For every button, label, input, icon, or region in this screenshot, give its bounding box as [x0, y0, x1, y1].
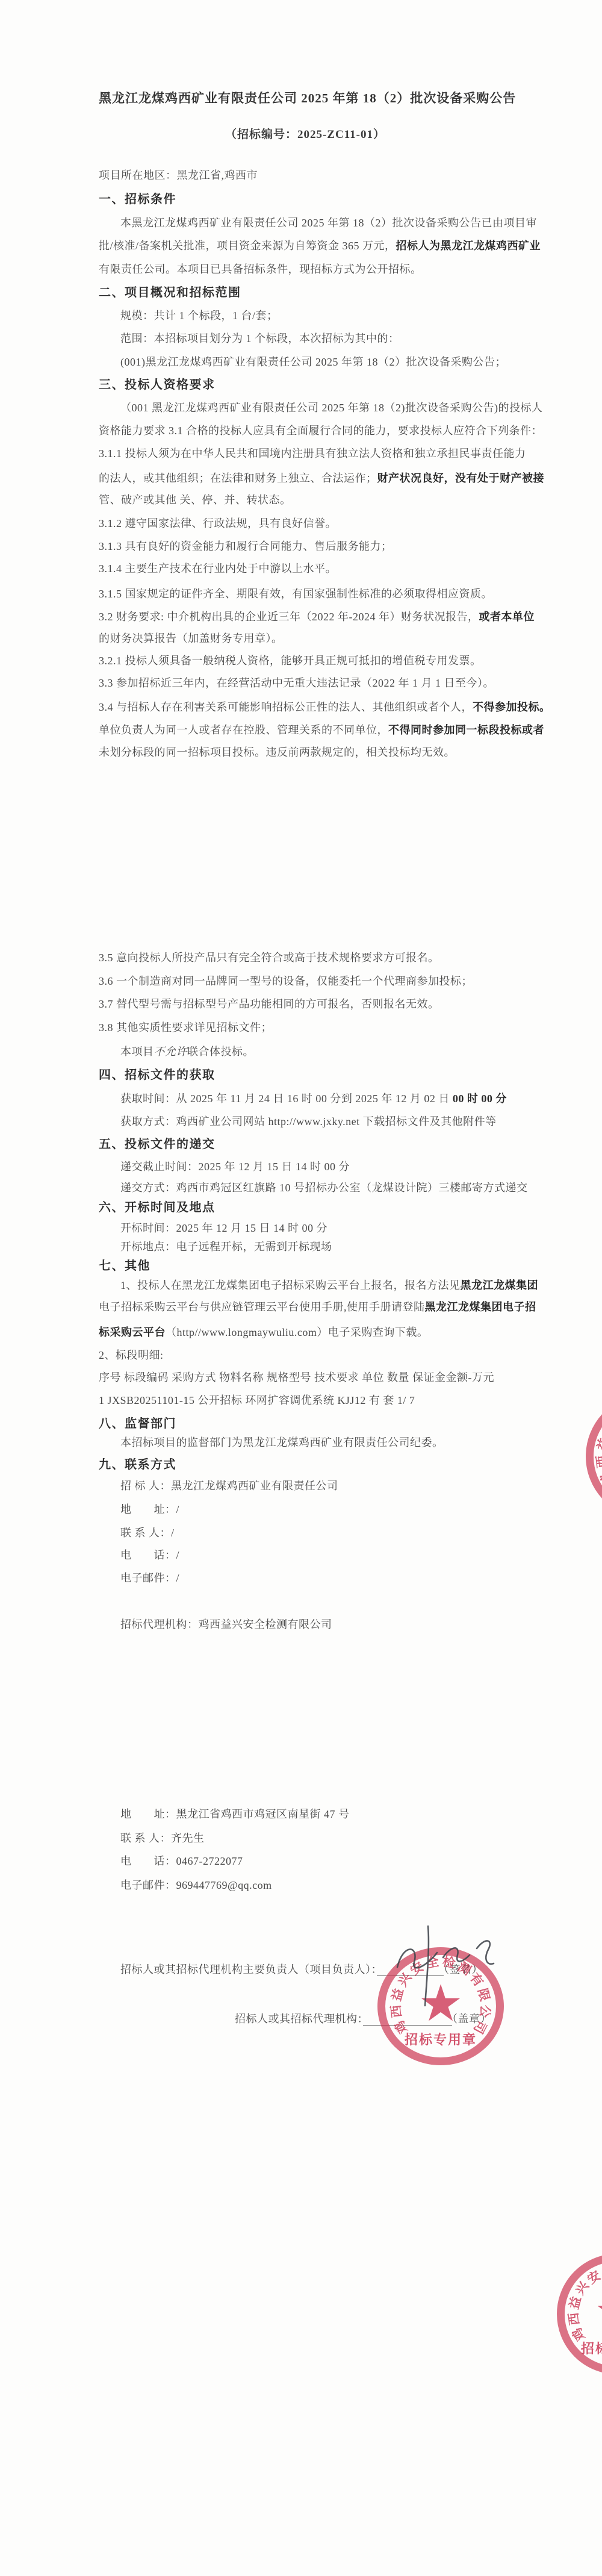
- document-line: 招 标 人：黑龙江龙煤鸡西矿业有限责任公司: [120, 1478, 338, 1494]
- document-line: 范围：本招标项目划分为 1 个标段，本次招标为其中的：: [120, 331, 400, 346]
- page-title: 黑龙江龙煤鸡西矿业有限责任公司 2025 年第 18（2）批次设备采购公告: [99, 90, 512, 106]
- section-heading: 四、招标文件的获取: [99, 1067, 216, 1083]
- scanned-tender-document-page: { "page": { "title": "黑龙江龙煤鸡西矿业有限责任公司 20…: [0, 0, 602, 2576]
- document-line: (001)黑龙江龙煤鸡西矿业有限责任公司 2025 年第 18（2）批次设备采购…: [120, 354, 506, 370]
- document-line: 递交截止时间：2025 年 12 月 15 日 14 时 00 分: [120, 1159, 350, 1174]
- document-line: 递交方式：鸡西市鸡冠区红旗路 10 号招标办公室（龙煤设计院）三楼邮寄方式递交: [120, 1180, 528, 1196]
- document-line: 招标代理机构：鸡西益兴安全检测有限公司: [120, 1617, 332, 1632]
- seal-label: 招标专用章: [385, 2030, 496, 2048]
- document-line: 3.5 意向投标人所投产品只有完全符合或高于技术规格要求方可报名。: [99, 950, 439, 965]
- document-line: 开标地点：电子远程开标，无需到开标现场: [120, 1239, 332, 1255]
- document-body: 黑龙江龙煤鸡西矿业有限责任公司 2025 年第 18（2）批次设备采购公告 （招…: [0, 0, 602, 2576]
- document-line: 3.1.2 遵守国家法律、行政法规，具有良好信誉。: [99, 516, 337, 531]
- document-line: 3.2.1 投标人须具备一般纳税人资格，能够开具正规可抵扣的增值税专用发票。: [99, 653, 482, 669]
- document-line: 本招标项目的监督部门为黑龙江龙煤鸡西矿业有限责任公司纪委。: [120, 1435, 444, 1450]
- document-line: 本黑龙江龙煤鸡西矿业有限责任公司 2025 年第 18（2）批次设备采购公告已由…: [120, 215, 537, 231]
- document-line: 电子招标采购云平台与供应链管理云平台使用手册,使用手册请登陆黑龙江龙煤集团电子招: [99, 1299, 536, 1315]
- document-line: 序号 标段编码 采购方式 物料名称 规格型号 技术要求 单位 数量 保证金金额-…: [99, 1370, 494, 1385]
- document-line: 联 系 人：齐先生: [120, 1830, 205, 1846]
- document-line: 未划分标段的同一招标项目投标。违反前两款规定的，相关投标均无效。: [99, 744, 455, 760]
- section-heading: 七、其他: [99, 1258, 150, 1274]
- document-line: 3.1.5 国家规定的证件齐全、期限有效，有国家强制性标准的必须取得相应资质。: [99, 586, 492, 602]
- document-line: 管、破产或其他 关、停、并、转状态。: [99, 492, 291, 508]
- document-line: 开标时间：2025 年 12 月 15 日 14 时 00 分: [120, 1220, 327, 1236]
- section-heading: 三、投标人资格要求: [99, 377, 216, 393]
- document-line: 电 话：/: [120, 1547, 179, 1563]
- seal-ring-character: 益: [594, 1435, 602, 1453]
- document-line: 3.1.4 主要生产技术在行业内处于中游以上水平。: [99, 561, 337, 576]
- section-heading: 一、招标条件: [99, 192, 176, 207]
- document-line: 项目所在地区：黑龙江省,鸡西市: [99, 167, 258, 183]
- document-line: 3.4 与招标人存在利害关系可能影响招标公正性的法人、其他组织或者个人，不得参加…: [99, 699, 551, 715]
- document-line: 本项目不允许联合体投标。: [120, 1044, 254, 1059]
- seal-ring-character: 西: [594, 1454, 602, 1470]
- document-line: 3.8 其他实质性要求详见招标文件；: [99, 1020, 272, 1035]
- section-heading: 二、项目概况和招标范围: [99, 285, 241, 301]
- document-line: 电子邮件：/: [120, 1570, 179, 1586]
- document-line: 获取时间：从 2025 年 11 月 24 日 16 时 00 分到 2025 …: [120, 1091, 507, 1106]
- document-line: 地 址：黑龙江省鸡西市鸡冠区南星街 47 号: [120, 1806, 350, 1822]
- document-line: 1 JXSB20251101-15 公开招标 环网扩容调优系统 KJJ12 有 …: [99, 1392, 415, 1408]
- tender-number: （招标编号：2025-ZC11-01）: [99, 127, 512, 143]
- document-line: 批/核准/备案机关批准，项目资金来源为自筹资金 365 万元，招标人为黑龙江龙煤…: [99, 238, 541, 254]
- document-line: 单位负责人为同一人或者存在控股、管理关系的不同单位，不得同时参加同一标段投标或者: [99, 722, 544, 738]
- seal-label: 招标专用章: [565, 2339, 602, 2357]
- document-line: 联 系 人：/: [120, 1525, 175, 1541]
- section-heading: 六、开标时间及地点: [99, 1200, 216, 1215]
- handwritten-signature: [385, 1915, 524, 2018]
- section-heading: 八、监督部门: [99, 1416, 176, 1432]
- document-line: 的法人，或其他组织；在法律和财务上独立、合法运作；财产状况良好，没有处于财产被接: [99, 470, 544, 486]
- document-line: 3.7 替代型号需与招标型号产品功能相同的方可报名，否则报名无效。: [99, 996, 439, 1012]
- document-line: 3.1.1 投标人须为在中华人民共和国境内注册具有独立法人资格和独立承担民事责任…: [99, 446, 526, 461]
- document-line: 电子邮件：969447769@qq.com: [120, 1877, 272, 1893]
- document-line: 3.6 一个制造商对同一品牌同一型号的设备，仅能委托一个代理商参加投标；: [99, 973, 473, 989]
- document-line: 2、标段明细:: [99, 1347, 164, 1363]
- seal-label: 招标专用章: [594, 1483, 602, 1502]
- document-line: 获取方式：鸡西矿业公司网站 http://www.jxky.net 下载招标文件…: [120, 1114, 497, 1129]
- document-line: 1、投标人在黑龙江龙煤集团电子招标采购云平台上报名，报名方法见黑龙江龙煤集团: [120, 1277, 538, 1293]
- document-line: 标采购云平台（http//www.longmaywuliu.com）电子采购查询…: [99, 1324, 428, 1340]
- document-line: 3.3 参加招标近三年内，在经营活动中无重大违法记录（2022 年 1 月 1 …: [99, 675, 494, 691]
- document-line: 规模：共计 1 个标段，1 台/套；: [120, 308, 278, 323]
- document-line: （001 黑龙江龙煤鸡西矿业有限责任公司 2025 年第 18（2)批次设备采购…: [120, 400, 543, 416]
- document-line: 资格能力要求 3.1 合格的投标人应具有全面履行合同的能力，要求投标人应符合下列…: [99, 423, 542, 438]
- seal-ring-character: 西: [566, 2311, 582, 2327]
- document-line: 3.2 财务要求: 中介机构出具的企业近三年（2022 年-2024 年）财务状…: [99, 609, 535, 625]
- document-line: 的财务决算报告（加盖财务专用章）。: [99, 631, 283, 646]
- document-line: 地 址：/: [120, 1502, 179, 1517]
- document-line: 有限责任公司。本项目已具备招标条件，现招标方式为公开招标。: [99, 261, 422, 277]
- section-heading: 九、联系方式: [99, 1457, 176, 1473]
- document-line: 3.1.3 具有良好的资金能力和履行合同能力、售后服务能力；: [99, 538, 393, 554]
- seal-star-icon: ★: [594, 2286, 602, 2336]
- section-heading: 五、投标文件的递交: [99, 1137, 216, 1152]
- document-line: 电 话：0467-2722077: [120, 1853, 243, 1869]
